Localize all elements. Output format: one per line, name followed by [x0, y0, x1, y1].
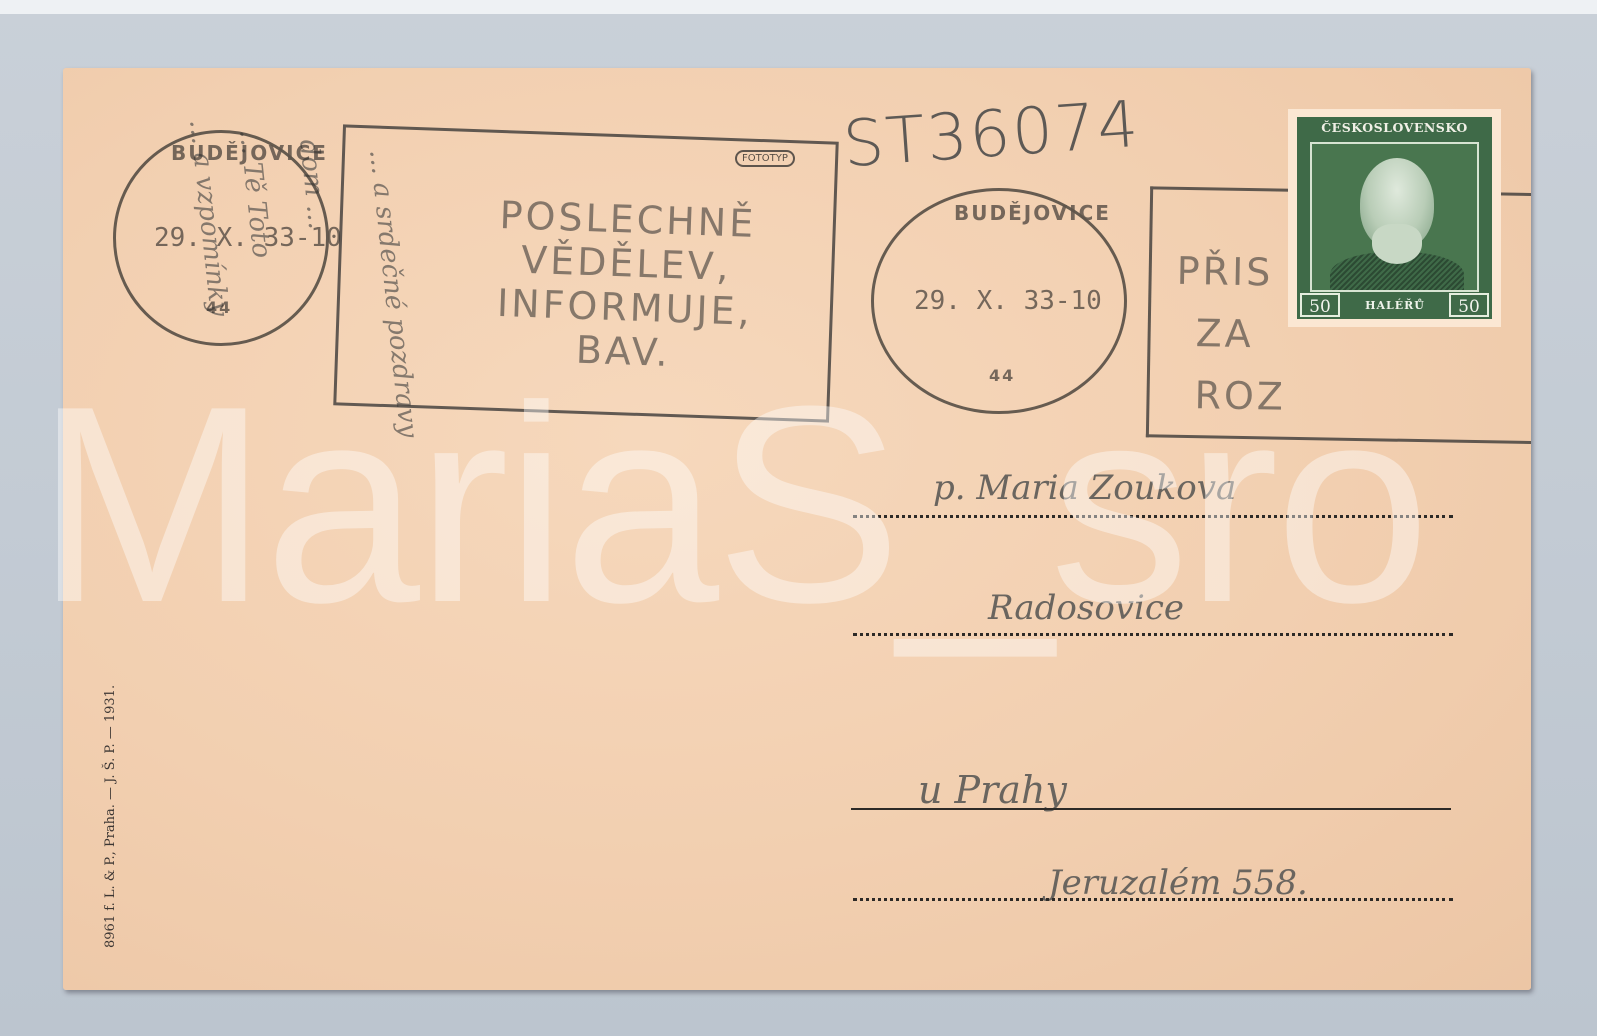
- fototyp-mark: FOTOTYP: [735, 150, 795, 167]
- postmark-number: 44: [206, 298, 232, 317]
- background-top-strip: [0, 0, 1597, 14]
- postmark-date: 29. X. 33-10: [914, 286, 1102, 316]
- inventory-code: ST36074: [841, 88, 1143, 183]
- stamp-value-left: 50: [1300, 293, 1340, 317]
- postmark-left: BUDĚJOVICE 29. X. 33-10 44: [113, 130, 329, 346]
- stamp-portrait: [1310, 142, 1479, 292]
- watermark: MariaS_sro: [35, 365, 1427, 645]
- publisher-imprint: 8961 f. L. & P., Praha. — J. Š. P. — 193…: [103, 685, 118, 948]
- slogan-line: PŘIS: [1176, 240, 1288, 304]
- portrait-beard: [1372, 224, 1422, 264]
- stamp-currency: HALÉŘŮ: [1355, 299, 1435, 312]
- postmark-date: 29. X. 33-10: [154, 223, 342, 253]
- postmark-town: BUDĚJOVICE: [171, 141, 328, 165]
- address-line-4: Jeruzalém 558.: [1048, 863, 1308, 903]
- postmark-town: BUDĚJOVICE: [954, 201, 1111, 225]
- address-solid-line: [851, 808, 1451, 810]
- address-line-3: u Prahy: [918, 768, 1067, 812]
- stamp-country: ČESKOSLOVENSKO: [1297, 117, 1492, 139]
- postage-stamp: ČESKOSLOVENSKO 50 HALÉŘŮ 50: [1288, 109, 1501, 327]
- stamp-design: ČESKOSLOVENSKO 50 HALÉŘŮ 50: [1297, 117, 1492, 319]
- address-dotted-line: [853, 898, 1453, 901]
- stamp-value-right: 50: [1449, 293, 1489, 317]
